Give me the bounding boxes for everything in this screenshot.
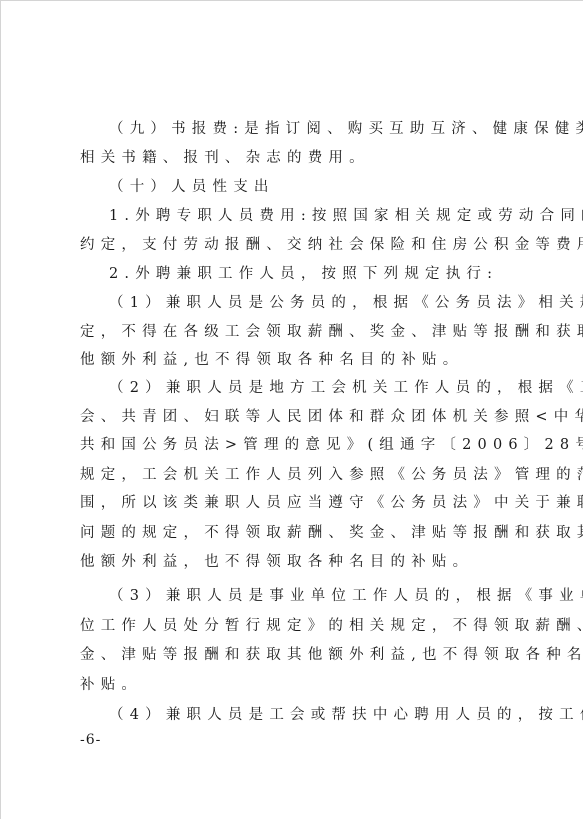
text-line: 围，所以该类兼职人员应当遵守《公务员法》中关于兼职	[80, 493, 512, 513]
text-line: 共和国公务员法>管理的意见》(组通字〔2006〕28号）文件	[80, 435, 512, 455]
text-line: 问题的规定，不得领取薪酬、奖金、津贴等报酬和获取其	[80, 523, 512, 543]
text-line: 他额外利益,也不得领取各种名目的补贴。	[80, 350, 512, 370]
text-line: （1）兼职人员是公务员的，根据《公务员法》相关规	[109, 293, 512, 313]
text-line: 定，不得在各级工会领取薪酬、奖金、津贴等报酬和获取其	[80, 322, 512, 342]
text-line: 他额外利益，也不得领取各种名目的补贴。	[80, 552, 512, 572]
page-number: -6-	[80, 732, 101, 748]
text-line: 会、共青团、妇联等人民团体和群众团体机关参照<中华人民	[80, 407, 512, 427]
text-line: （九）书报费:是指订阅、购买互助互济、健康保健类	[109, 119, 512, 139]
text-line: 位工作人员处分暂行规定》的相关规定，不得领取薪酬、奖	[80, 616, 512, 636]
text-line: （3）兼职人员是事业单位工作人员的，根据《事业单	[109, 586, 512, 606]
text-line: 约定，支付劳动报酬、交纳社会保险和住房公积金等费用。	[80, 235, 512, 255]
text-line: 规定，工会机关工作人员列入参照《公务员法》管理的范	[80, 465, 512, 485]
text-line: 1.外聘专职人员费用:按照国家相关规定或劳动合同的	[109, 206, 512, 226]
text-line: （4）兼职人员是工会或帮扶中心聘用人员的，按工作	[109, 705, 512, 725]
text-line: （十）人员性支出	[109, 177, 512, 197]
text-line: 补贴。	[80, 675, 512, 695]
text-line: 2.外聘兼职工作人员，按照下列规定执行:	[109, 264, 512, 284]
text-line: （2）兼职人员是地方工会机关工作人员的，根据《工	[109, 378, 512, 398]
text-line: 相关书籍、报刊、杂志的费用。	[80, 148, 512, 168]
document-page: （九）书报费:是指订阅、购买互助互济、健康保健类相关书籍、报刊、杂志的费用。（十…	[0, 0, 583, 819]
text-line: 金、津贴等报酬和获取其他额外利益,也不得领取各种名目的	[80, 645, 512, 665]
